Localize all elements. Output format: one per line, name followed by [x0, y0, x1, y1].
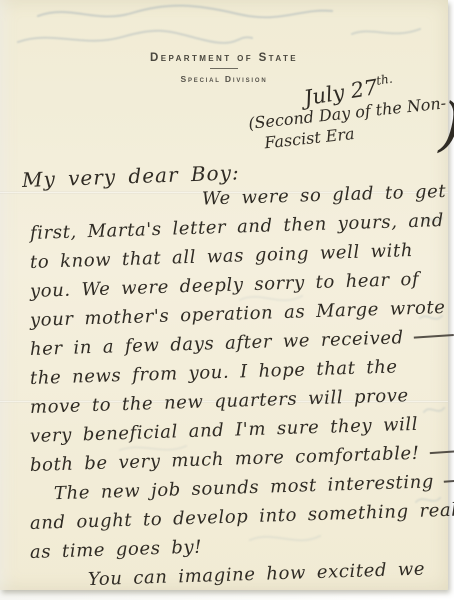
letterhead-rule	[210, 68, 238, 69]
scan-background: Department of State Special Division Jul…	[0, 0, 454, 600]
closing-paren: )	[438, 91, 454, 160]
letter-page: Department of State Special Division Jul…	[0, 0, 448, 590]
letter-body: We were so glad to getfirst, Marta's let…	[30, 190, 444, 596]
letterhead-title: Department of State	[0, 52, 448, 64]
